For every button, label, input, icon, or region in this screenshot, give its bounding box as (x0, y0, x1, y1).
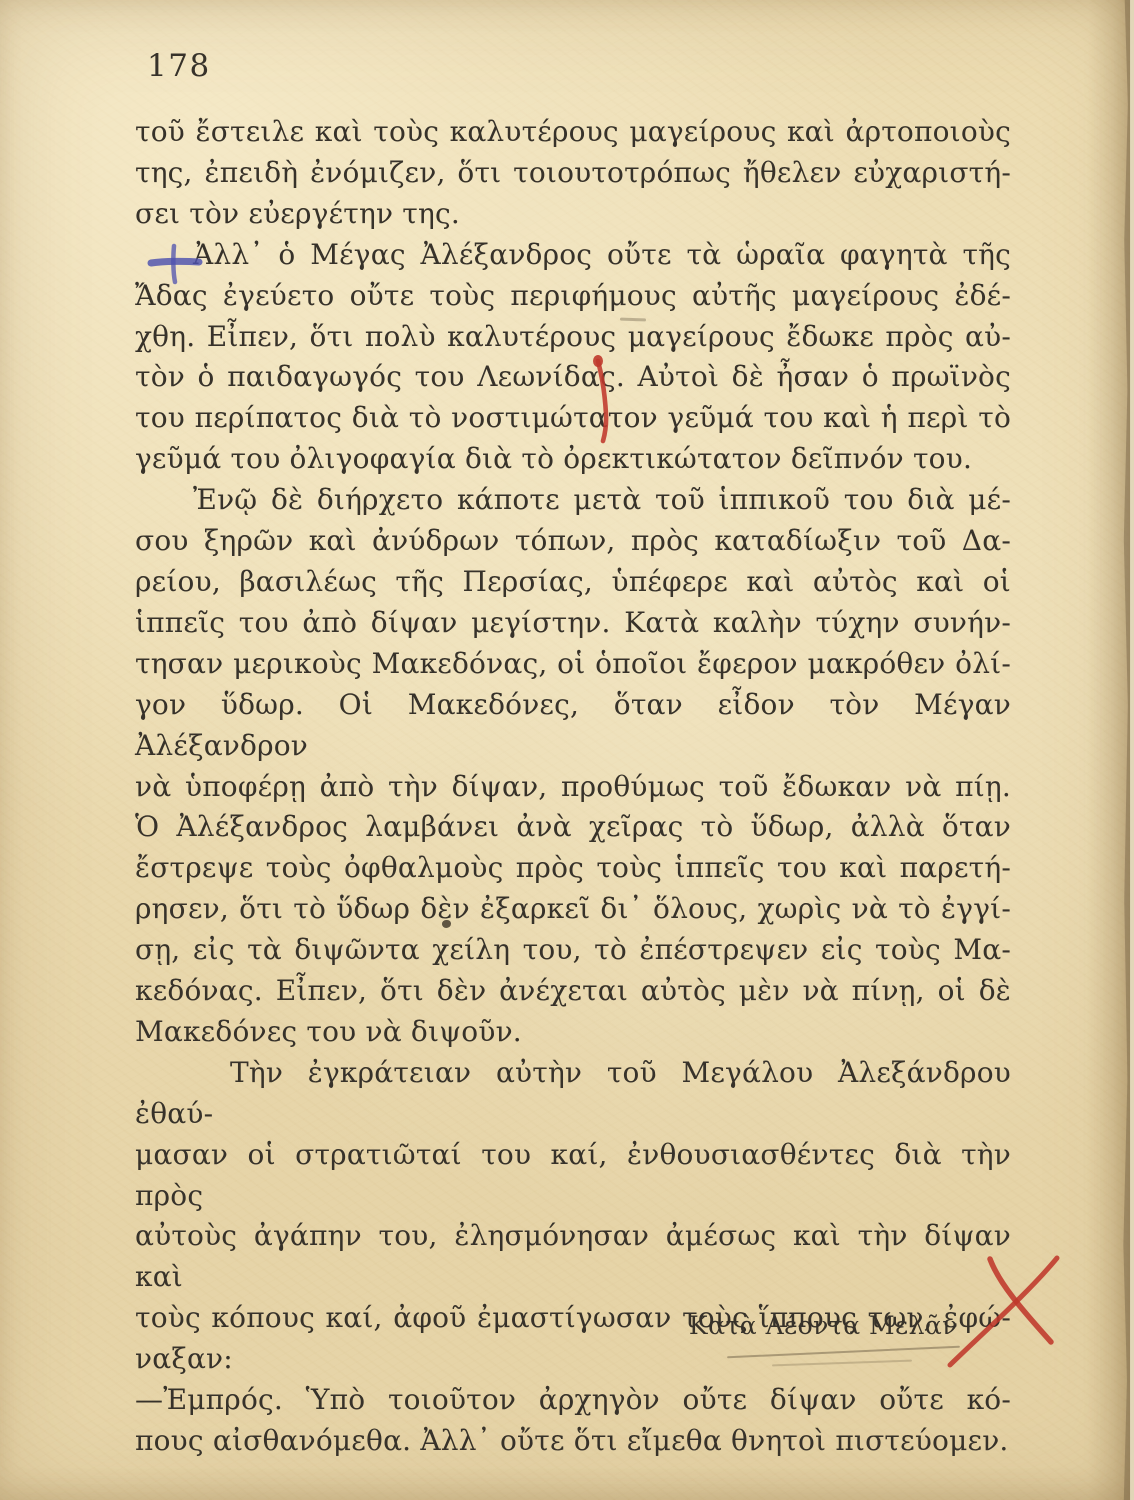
text-line: σει τὸν εὐεργέτην της. (135, 194, 1011, 235)
text-line: νὰ ὑποφέρῃ ἀπὸ τὴν δίψαν, προθύμως τοῦ ἔ… (135, 767, 1011, 808)
text-line: χθη. Εἶπεν, ὅτι πολὺ καλυτέρους μαγείρου… (135, 317, 1011, 358)
text-line: ρείου, βασιλέως τῆς Περσίας, ὑπέφερε καὶ… (135, 562, 1011, 603)
page-edge-highlight (1130, 0, 1134, 1500)
text-line: Τὴν ἐγκράτειαν αὐτὴν τοῦ Μεγάλου Ἀλεξάνδ… (135, 1053, 1011, 1135)
text-line: ἔστρεψε τοὺς ὀφθαλμοὺς πρὸς τοὺς ἱππεῖς … (135, 848, 1011, 889)
text-line: του περίπατος διὰ τὸ νοστιμώτατον γεῦμά … (135, 398, 1011, 439)
text-line: Ἐνῷ δὲ διήρχετο κάποτε μετὰ τοῦ ἱππικοῦ … (135, 480, 1011, 521)
text-line: Ἀλλ᾽ ὁ Μέγας Ἀλέξανδρος οὔτε τὰ ὡραῖα φα… (135, 235, 1011, 276)
text-line: μασαν οἱ στρατιῶταί του καί, ἐνθουσιασθέ… (135, 1135, 1011, 1217)
text-line: πους αἰσθανόμεθα. Ἀλλ᾽ οὔτε ὅτι εἴμεθα θ… (135, 1421, 1011, 1462)
text-line: γεῦμά του ὀλιγοφαγία διὰ τὸ ὀρεκτικώτατο… (135, 439, 1011, 480)
text-line: —Ἐμπρός. Ὑπὸ τοιοῦτον ἀρχηγὸν οὔτε δίψαν… (135, 1380, 1011, 1421)
text-line: ρησεν, ὅτι τὸ ὕδωρ δὲν ἐξαρκεῖ δι᾽ ὅλους… (135, 889, 1011, 930)
text-line: τησαν μερικοὺς Μακεδόνας, οἱ ὁποῖοι ἔφερ… (135, 644, 1011, 685)
attribution: Κατὰ Λέοντα Μελᾶν (0, 1311, 958, 1340)
text-line: τὸν ὁ παιδαγωγός του Λεωνίδας. Αὐτοὶ δὲ … (135, 357, 1011, 398)
text-line: της, ἐπειδὴ ἐνόμιζεν, ὅτι τοιουτοτρόπως … (135, 153, 1011, 194)
text-block: τοῦ ἔστειλε καὶ τοὺς καλυτέρους μαγείρου… (135, 112, 1011, 1462)
page-number: 178 (147, 48, 211, 84)
text-line: Ὁ Ἀλέξανδρος λαμβάνει ἀνὰ χεῖρας τὸ ὕδωρ… (135, 807, 1011, 848)
text-line: αὐτοὺς ἀγάπην του, ἐλησμόνησαν ἀμέσως κα… (135, 1216, 1011, 1298)
book-page: 178 τοῦ ἔστειλε καὶ τοὺς καλυτέρους μαγε… (0, 0, 1134, 1500)
text-line: γον ὕδωρ. Οἱ Μακεδόνες, ὅταν εἶδον τὸν Μ… (135, 685, 1011, 767)
text-line: ναξαν: (135, 1339, 1011, 1380)
text-line: σῃ, εἰς τὰ διψῶντα χείλη του, τὸ ἐπέστρε… (135, 930, 1011, 971)
text-line: ἱππεῖς του ἀπὸ δίψαν μεγίστην. Κατὰ καλὴ… (135, 603, 1011, 644)
text-line: σου ξηρῶν καὶ ἀνύδρων τόπων, πρὸς καταδί… (135, 521, 1011, 562)
text-line: Μακεδόνες του νὰ διψοῦν. (135, 1012, 1011, 1053)
text-line: κεδόνας. Εἶπεν, ὅτι δὲν ἀνέχεται αὐτὸς μ… (135, 971, 1011, 1012)
text-line: Ἄδας ἐγεύετο οὔτε τοὺς περιφήμους αὐτῆς … (135, 276, 1011, 317)
text-line: τοῦ ἔστειλε καὶ τοὺς καλυτέρους μαγείρου… (135, 112, 1011, 153)
